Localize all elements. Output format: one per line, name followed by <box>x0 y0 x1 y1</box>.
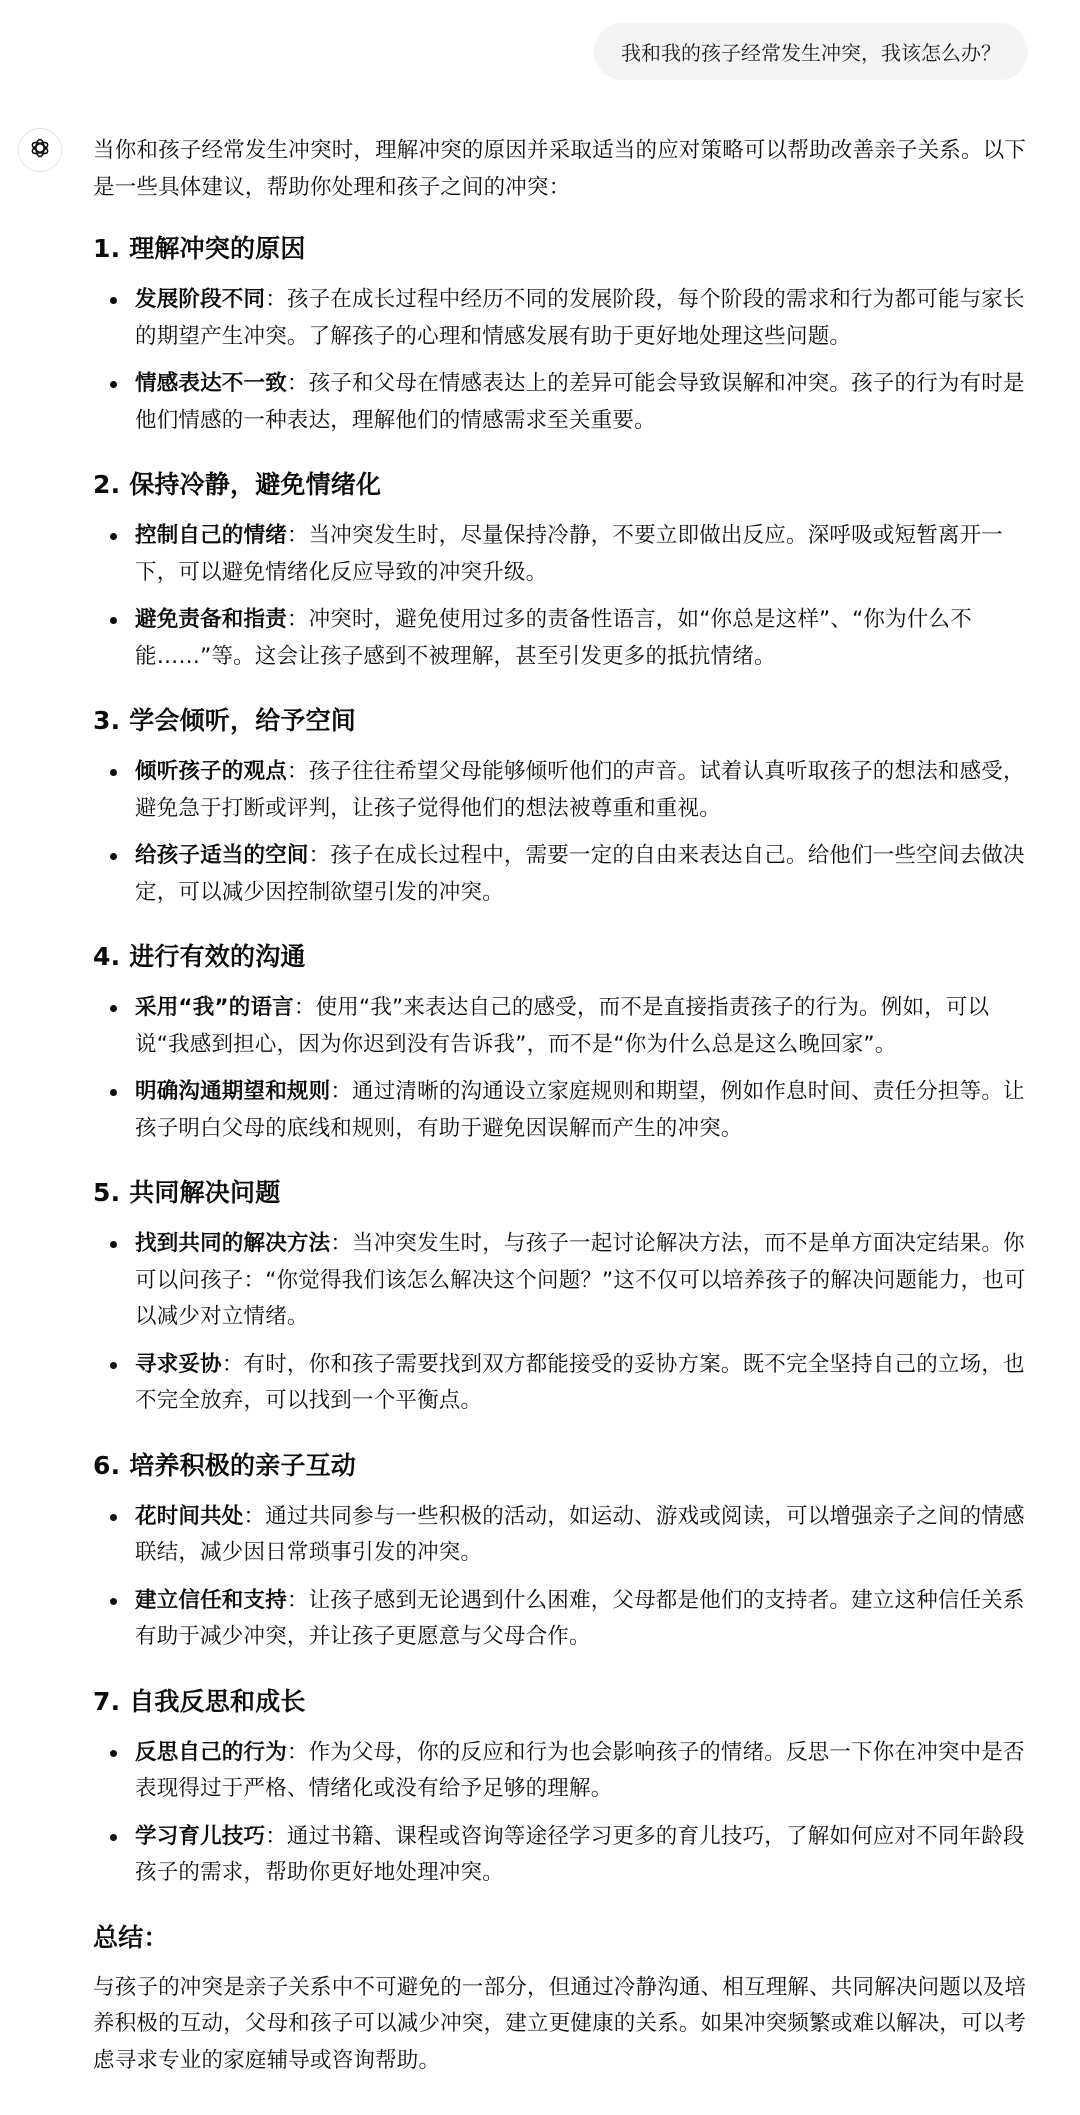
item-text: ：有时，你和孩子需要找到双方都能接受的妥协方案。既不完全坚持自己的立场，也不完全… <box>135 1352 1025 1414</box>
bullet-list: 花时间共处：通过共同参与一些积极的活动，如运动、游戏或阅读，可以增强亲子之间的情… <box>93 1499 1028 1656</box>
bullet-icon <box>110 1834 117 1841</box>
list-item: 情感表达不一致：孩子和父母在情感表达上的差异可能会导致误解和冲突。孩子的行为有时… <box>93 366 1028 439</box>
list-item: 避免责备和指责：冲突时，避免使用过多的责备性语言，如“你总是这样”、“你为什么不… <box>93 602 1028 675</box>
item-label: 寻求妥协 <box>135 1352 222 1377</box>
bullet-icon <box>110 617 117 624</box>
section-2: 2. 保持冷静，避免情绪化 控制自己的情绪：当冲突发生时，尽量保持冷静，不要立即… <box>93 467 1028 675</box>
list-item: 控制自己的情绪：当冲突发生时，尽量保持冷静，不要立即做出反应。深呼吸或短暂离开一… <box>93 518 1028 591</box>
bullet-icon <box>110 1750 117 1757</box>
bullet-icon <box>110 1089 117 1096</box>
list-item: 给孩子适当的空间：孩子在成长过程中，需要一定的自由来表达自己。给他们一些空间去做… <box>93 838 1028 911</box>
section-6: 6. 培养积极的亲子互动 花时间共处：通过共同参与一些积极的活动，如运动、游戏或… <box>93 1448 1028 1656</box>
bullet-icon <box>110 853 117 860</box>
section-1: 1. 理解冲突的原因 发展阶段不同：孩子在成长过程中经历不同的发展阶段，每个阶段… <box>93 231 1028 439</box>
assistant-avatar <box>18 128 62 172</box>
bullet-icon <box>110 533 117 540</box>
list-item: 寻求妥协：有时，你和孩子需要找到双方都能接受的妥协方案。既不完全坚持自己的立场，… <box>93 1347 1028 1420</box>
item-label: 避免责备和指责 <box>135 607 287 632</box>
section-7: 7. 自我反思和成长 反思自己的行为：作为父母，你的反应和行为也会影响孩子的情绪… <box>93 1684 1028 1892</box>
section-4: 4. 进行有效的沟通 采用“我”的语言：使用“我”来表达自己的感受，而不是直接指… <box>93 939 1028 1147</box>
bullet-icon <box>110 297 117 304</box>
item-label: 采用“我”的语言 <box>135 995 294 1020</box>
summary-heading: 总结： <box>93 1920 1028 1956</box>
bullet-list: 倾听孩子的观点：孩子往往希望父母能够倾听他们的声音。试着认真听取孩子的想法和感受… <box>93 754 1028 911</box>
bullet-icon <box>110 1362 117 1369</box>
list-item: 建立信任和支持：让孩子感到无论遇到什么困难，父母都是他们的支持者。建立这种信任关… <box>93 1583 1028 1656</box>
bullet-icon <box>110 1005 117 1012</box>
item-text: ：通过共同参与一些积极的活动，如运动、游戏或阅读，可以增强亲子之间的情感联结，减… <box>135 1504 1025 1566</box>
list-item: 花时间共处：通过共同参与一些积极的活动，如运动、游戏或阅读，可以增强亲子之间的情… <box>93 1499 1028 1572</box>
list-item: 发展阶段不同：孩子在成长过程中经历不同的发展阶段，每个阶段的需求和行为都可能与家… <box>93 282 1028 355</box>
section-heading: 2. 保持冷静，避免情绪化 <box>93 467 1028 503</box>
user-message-bubble: 我和我的孩子经常发生冲突，我该怎么办？ <box>594 23 1028 80</box>
list-item: 反思自己的行为：作为父母，你的反应和行为也会影响孩子的情绪。反思一下你在冲突中是… <box>93 1735 1028 1808</box>
item-label: 倾听孩子的观点 <box>135 759 287 784</box>
list-item: 明确沟通期望和规则：通过清晰的沟通设立家庭规则和期望，例如作息时间、责任分担等。… <box>93 1074 1028 1147</box>
section-heading: 7. 自我反思和成长 <box>93 1684 1028 1720</box>
section-heading: 6. 培养积极的亲子互动 <box>93 1448 1028 1484</box>
list-item: 采用“我”的语言：使用“我”来表达自己的感受，而不是直接指责孩子的行为。例如，可… <box>93 990 1028 1063</box>
summary-paragraph: 与孩子的冲突是亲子关系中不可避免的一部分，但通过冷静沟通、相互理解、共同解决问题… <box>93 1970 1028 2080</box>
bullet-list: 发展阶段不同：孩子在成长过程中经历不同的发展阶段，每个阶段的需求和行为都可能与家… <box>93 282 1028 439</box>
section-heading: 4. 进行有效的沟通 <box>93 939 1028 975</box>
bullet-list: 采用“我”的语言：使用“我”来表达自己的感受，而不是直接指责孩子的行为。例如，可… <box>93 990 1028 1147</box>
item-label: 学习育儿技巧 <box>135 1824 265 1849</box>
bullet-list: 找到共同的解决方法：当冲突发生时，与孩子一起讨论解决方法，而不是单方面决定结果。… <box>93 1226 1028 1420</box>
bullet-icon <box>110 769 117 776</box>
intro-paragraph: 当你和孩子经常发生冲突时，理解冲突的原因并采取适当的应对策略可以帮助改善亲子关系… <box>93 133 1028 206</box>
item-label: 花时间共处 <box>135 1504 244 1529</box>
item-label: 给孩子适当的空间 <box>135 843 309 868</box>
section-heading: 1. 理解冲突的原因 <box>93 231 1028 267</box>
assistant-message: 当你和孩子经常发生冲突时，理解冲突的原因并采取适当的应对策略可以帮助改善亲子关系… <box>93 133 1028 2079</box>
item-text: ：孩子在成长过程中经历不同的发展阶段，每个阶段的需求和行为都可能与家长的期望产生… <box>135 287 1025 349</box>
bullet-icon <box>110 1514 117 1521</box>
user-message-row: 我和我的孩子经常发生冲突，我该怎么办？ <box>594 23 1028 80</box>
bullet-icon <box>110 1241 117 1248</box>
item-label: 反思自己的行为 <box>135 1740 287 1765</box>
item-text: ：通过书籍、课程或咨询等途径学习更多的育儿技巧，了解如何应对不同年龄段孩子的需求… <box>135 1824 1025 1886</box>
list-item: 倾听孩子的观点：孩子往往希望父母能够倾听他们的声音。试着认真听取孩子的想法和感受… <box>93 754 1028 827</box>
list-item: 找到共同的解决方法：当冲突发生时，与孩子一起讨论解决方法，而不是单方面决定结果。… <box>93 1226 1028 1336</box>
item-label: 情感表达不一致 <box>135 371 287 396</box>
item-label: 明确沟通期望和规则 <box>135 1079 330 1104</box>
section-heading: 3. 学会倾听，给予空间 <box>93 703 1028 739</box>
bullet-list: 控制自己的情绪：当冲突发生时，尽量保持冷静，不要立即做出反应。深呼吸或短暂离开一… <box>93 518 1028 675</box>
item-label: 控制自己的情绪 <box>135 523 287 548</box>
bullet-icon <box>110 1598 117 1605</box>
list-item: 学习育儿技巧：通过书籍、课程或咨询等途径学习更多的育儿技巧，了解如何应对不同年龄… <box>93 1819 1028 1892</box>
bullet-icon <box>110 381 117 388</box>
bullet-list: 反思自己的行为：作为父母，你的反应和行为也会影响孩子的情绪。反思一下你在冲突中是… <box>93 1735 1028 1892</box>
openai-logo-icon <box>28 136 52 164</box>
item-label: 发展阶段不同 <box>135 287 265 312</box>
section-3: 3. 学会倾听，给予空间 倾听孩子的观点：孩子往往希望父母能够倾听他们的声音。试… <box>93 703 1028 911</box>
item-label: 找到共同的解决方法 <box>135 1231 330 1256</box>
section-5: 5. 共同解决问题 找到共同的解决方法：当冲突发生时，与孩子一起讨论解决方法，而… <box>93 1175 1028 1420</box>
item-label: 建立信任和支持 <box>135 1588 287 1613</box>
section-heading: 5. 共同解决问题 <box>93 1175 1028 1211</box>
